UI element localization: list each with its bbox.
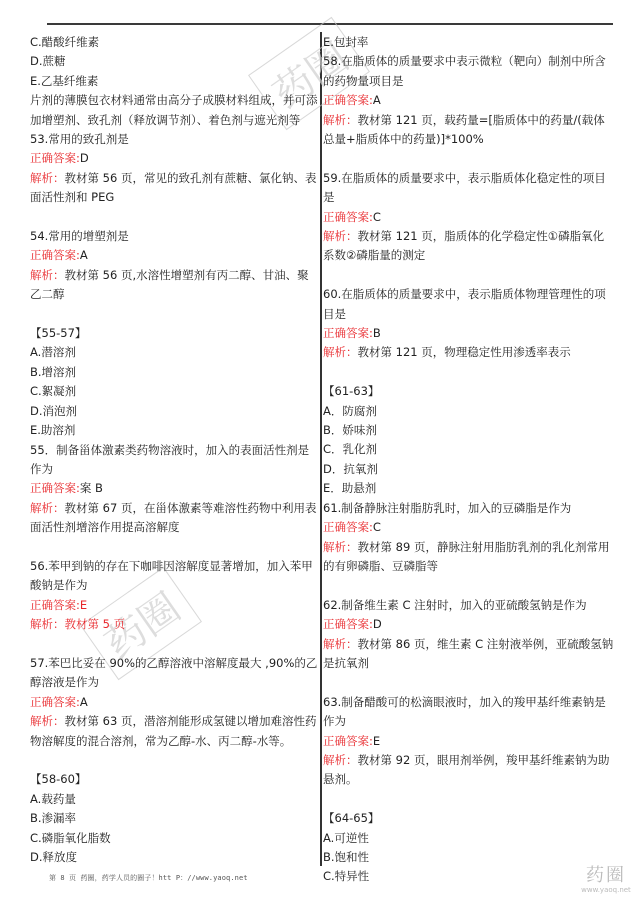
spacer [30,538,318,557]
analysis-label: 解析： [323,345,358,359]
answer-value: C [373,520,381,534]
text-line: B.渗漏率 [30,809,318,828]
analysis-text: 教材第 121 页，载药量=[脂质体中的药量/(载体总量+脂质体中的药量)]*1… [323,113,605,146]
analysis-text: 教材第 56 页，常见的致孔剂有蔗糖、氯化钠、表面活性剂和 PEG [30,171,316,204]
text-line: D.释放度 [30,848,318,867]
text-line: B.饱和性 [323,848,615,867]
text-line: 【55-57】 [30,324,318,343]
left-column: C.醋酸纤维素D.蔗糖E.乙基纤维素片剂的薄膜包衣材料通常由高分子成膜材料组成，… [30,33,318,867]
text-line: C.絮凝剂 [30,382,318,401]
analysis-label: 解析： [30,268,65,282]
text-line: 55．制备甾体激素类药物溶液时，加入的表面活性剂是作为 [30,441,318,480]
correct-answer: 正确答案:A [30,693,318,712]
correct-answer: 正确答案:D [323,615,615,634]
answer-label: 正确答案: [30,248,80,262]
correct-answer: 正确答案:D [30,149,318,168]
text-line: 61.制备静脉注射脂肪乳时，加入的豆磷脂是作为 [323,499,615,518]
analysis-label: 解析： [30,617,65,631]
text-line: C.醋酸纤维素 [30,33,318,52]
analysis: 解析：教材第 92 页，眼用剂举例，羧甲基纤维素钠为助悬剂。 [323,751,615,790]
spacer [323,576,615,595]
analysis: 解析：教材第 56 页,水溶性增塑剂有丙二醇、甘油、聚乙二醇 [30,266,318,305]
analysis: 解析：教材第 121 页，载药量=[脂质体中的药量/(载体总量+脂质体中的药量)… [323,111,615,150]
analysis-label: 解析： [30,501,65,515]
text-line: A.载药量 [30,790,318,809]
answer-label: 正确答案: [30,598,80,612]
text-line: 53.常用的致孔剂是 [30,130,318,149]
answer-value: D [373,617,382,631]
logo-url: www.yaoq.net [578,886,634,895]
answer-label: 正确答案: [323,617,373,631]
analysis: 解析：教材第 89 页，静脉注射用脂肪乳剂的乳化剂常用的有卵磷脂、豆磷脂等 [323,538,615,577]
text-line: 59.在脂质体的质量要求中，表示脂质体化稳定性的项目是 [323,169,615,208]
text-line: 57.苯巴比妥在 90%的乙醇溶液中溶解度最大 ,90%的乙醇溶液是作为 [30,654,318,693]
text-line: 【64-65】 [323,809,615,828]
answer-label: 正确答案: [323,93,373,107]
text-line: D.消泡剂 [30,402,318,421]
answer-label: 正确答案: [323,520,373,534]
spacer [323,363,615,382]
spacer [30,751,318,770]
analysis-label: 解析： [323,637,358,651]
answer-value: 案 B [80,481,103,495]
analysis-text: 教材第 63 页，潜溶剂能形成氢键以增加难溶性药物溶解度的混合溶剂，常为乙醇-水… [30,714,316,747]
correct-answer: 正确答案:C [323,518,615,537]
answer-value: D [80,151,89,165]
spacer [323,266,615,285]
text-line: 【61-63】 [323,382,615,401]
analysis-label: 解析： [323,229,358,243]
analysis-label: 解析： [323,113,358,127]
analysis: 解析：教材第 63 页，潜溶剂能形成氢键以增加难溶性药物溶解度的混合溶剂，常为乙… [30,712,318,751]
text-line: 片剂的薄膜包衣材料通常由高分子成膜材料组成，并可添加增塑剂、致孔剂（释放调节剂）… [30,91,318,130]
page-footer: 第 8 页 药圈，药学人员的圈子！htt P：//www.yaoq.net [49,873,248,883]
text-line: 【58-60】 [30,770,318,789]
analysis-text: 教材第 67 页，在甾体激素等难溶性药物中利用表面活性剂增溶作用提高溶解度 [30,501,316,534]
answer-label: 正确答案: [323,210,373,224]
analysis: 解析：教材第 86 页，维生素 C 注射液举例，亚硫酸氢钠是抗氧剂 [323,635,615,674]
analysis-text: 教材第 92 页，眼用剂举例，羧甲基纤维素钠为助悬剂。 [323,753,609,786]
site-logo: 药圈 www.yaoq.net [578,866,634,902]
text-line: 60.在脂质体的质量要求中，表示脂质体物理管理性的项目是 [323,285,615,324]
text-line: 56.苯甲到钠的存在下咖啡因溶解度显著增加，加入苯甲酸钠是作为 [30,557,318,596]
answer-value: B [373,326,381,340]
spacer [323,149,615,168]
spacer [323,673,615,692]
analysis: 解析：教材第 121 页，脂质体的化学稳定性①磷脂氧化系数②磷脂量的测定 [323,227,615,266]
text-line: 63.制备醋酸可的松滴眼液时，加入的羧甲基纤维素钠是作为 [323,693,615,732]
analysis-text: 教材第 89 页，静脉注射用脂肪乳剂的乳化剂常用的有卵磷脂、豆磷脂等 [323,540,609,573]
analysis-text: 教材第 56 页,水溶性增塑剂有丙二醇、甘油、聚乙二醇 [30,268,309,301]
text-line: E．助悬剂 [323,479,615,498]
answer-value: A [80,248,88,262]
correct-answer: 正确答案:案 B [30,479,318,498]
text-line: C．乳化剂 [323,440,615,459]
answer-value: E [373,734,380,748]
text-line: 58.在脂质体的质量要求中表示微粒（靶向）制剂中所含的药物量项目是 [323,52,615,91]
spacer [30,208,318,227]
answer-label: 正确答案: [323,326,373,340]
text-line: D．抗氧剂 [323,460,615,479]
column-divider [320,32,322,866]
answer-value: A [80,695,88,709]
analysis-label: 解析： [30,714,65,728]
spacer [323,790,615,809]
text-line: 54.常用的增塑剂是 [30,227,318,246]
correct-answer: 正确答案:E [323,732,615,751]
text-line: 62.制备维生素 C 注射时，加入的亚硫酸氢钠是作为 [323,596,615,615]
text-line: C.磷脂氧化脂数 [30,829,318,848]
spacer [30,305,318,324]
analysis: 解析：教材第 121 页，物理稳定性用渗透率表示 [323,343,615,362]
analysis-text: 教材第 121 页，物理稳定性用渗透率表示 [358,345,571,359]
analysis: 解析：教材第 5 页 [30,615,318,634]
answer-label: 正确答案: [30,481,80,495]
text-line: B．娇味剂 [323,421,615,440]
text-line: D.蔗糖 [30,52,318,71]
spacer [30,635,318,654]
answer-value: C [373,210,381,224]
correct-answer: 正确答案:E [30,596,318,615]
text-line: A．防腐剂 [323,402,615,421]
analysis-label: 解析： [30,171,65,185]
text-line: E.包封率 [323,33,615,52]
logo-glyphs: 药圈 [578,866,634,886]
text-line: A.可逆性 [323,829,615,848]
correct-answer: 正确答案:C [323,208,615,227]
answer-label: 正确答案: [323,734,373,748]
answer-value: E [80,598,87,612]
text-line: C.特异性 [323,867,615,886]
answer-label: 正确答案: [30,695,80,709]
answer-label: 正确答案: [30,151,80,165]
analysis: 解析：教材第 67 页，在甾体激素等难溶性药物中利用表面活性剂增溶作用提高溶解度 [30,499,318,538]
correct-answer: 正确答案:A [30,246,318,265]
analysis-text: 教材第 86 页，维生素 C 注射液举例，亚硫酸氢钠是抗氧剂 [323,637,613,670]
correct-answer: 正确答案:B [323,324,615,343]
correct-answer: 正确答案:A [323,91,615,110]
answer-value: A [373,93,381,107]
text-line: E.助溶剂 [30,421,318,440]
analysis: 解析：教材第 56 页，常见的致孔剂有蔗糖、氯化钠、表面活性剂和 PEG [30,169,318,208]
analysis-text: 教材第 121 页，脂质体的化学稳定性①磷脂氧化系数②磷脂量的测定 [323,229,604,262]
analysis-text: 教材第 5 页 [65,617,126,631]
analysis-label: 解析： [323,540,358,554]
text-line: E.乙基纤维素 [30,72,318,91]
right-column: E.包封率58.在脂质体的质量要求中表示微粒（靶向）制剂中所含的药物量项目是正确… [323,33,615,887]
text-line: B.增溶剂 [30,363,318,382]
text-line: A.潜溶剂 [30,343,318,362]
analysis-label: 解析： [323,753,358,767]
